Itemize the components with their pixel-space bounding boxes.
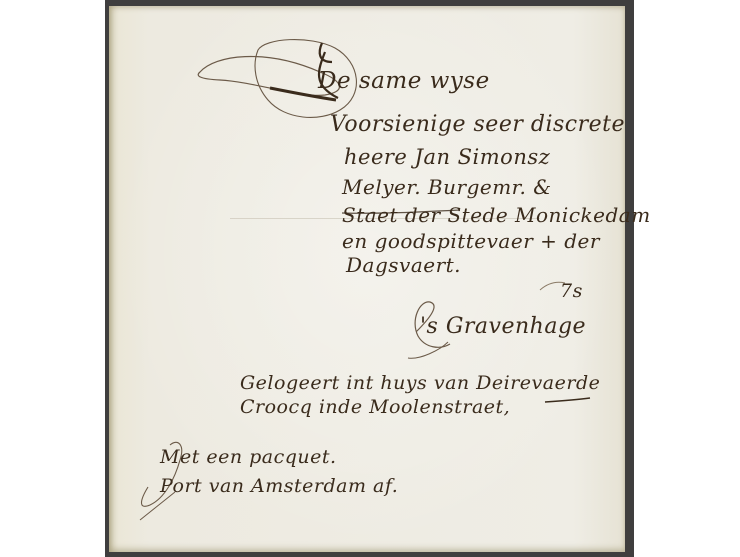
address-line-1: De same wyse [318, 68, 490, 94]
postal-note-line-1: Met een pacquet. [160, 446, 337, 468]
lodging-note-line-1: Gelogeert int huys van Deirevaerde [240, 372, 600, 394]
postal-rate-mark: 7s [560, 280, 583, 302]
address-line-4: Melyer. Burgemr. & [342, 175, 552, 199]
lodging-note-line-2: Croocq inde Moolenstraet, [240, 396, 510, 418]
origin-place: 's Gravenhage [420, 314, 586, 339]
address-line-3: heere Jan Simonsz [344, 145, 550, 169]
address-line-2: Voorsienige seer discrete [330, 112, 625, 137]
address-line-7: Dagsvaert. [346, 253, 461, 277]
postal-note-line-2: Port van Amsterdam af. [160, 475, 398, 497]
address-line-5: Staet der Stede Monickedam [342, 203, 651, 227]
address-line-6: en goodspittevaer + der [342, 229, 600, 253]
